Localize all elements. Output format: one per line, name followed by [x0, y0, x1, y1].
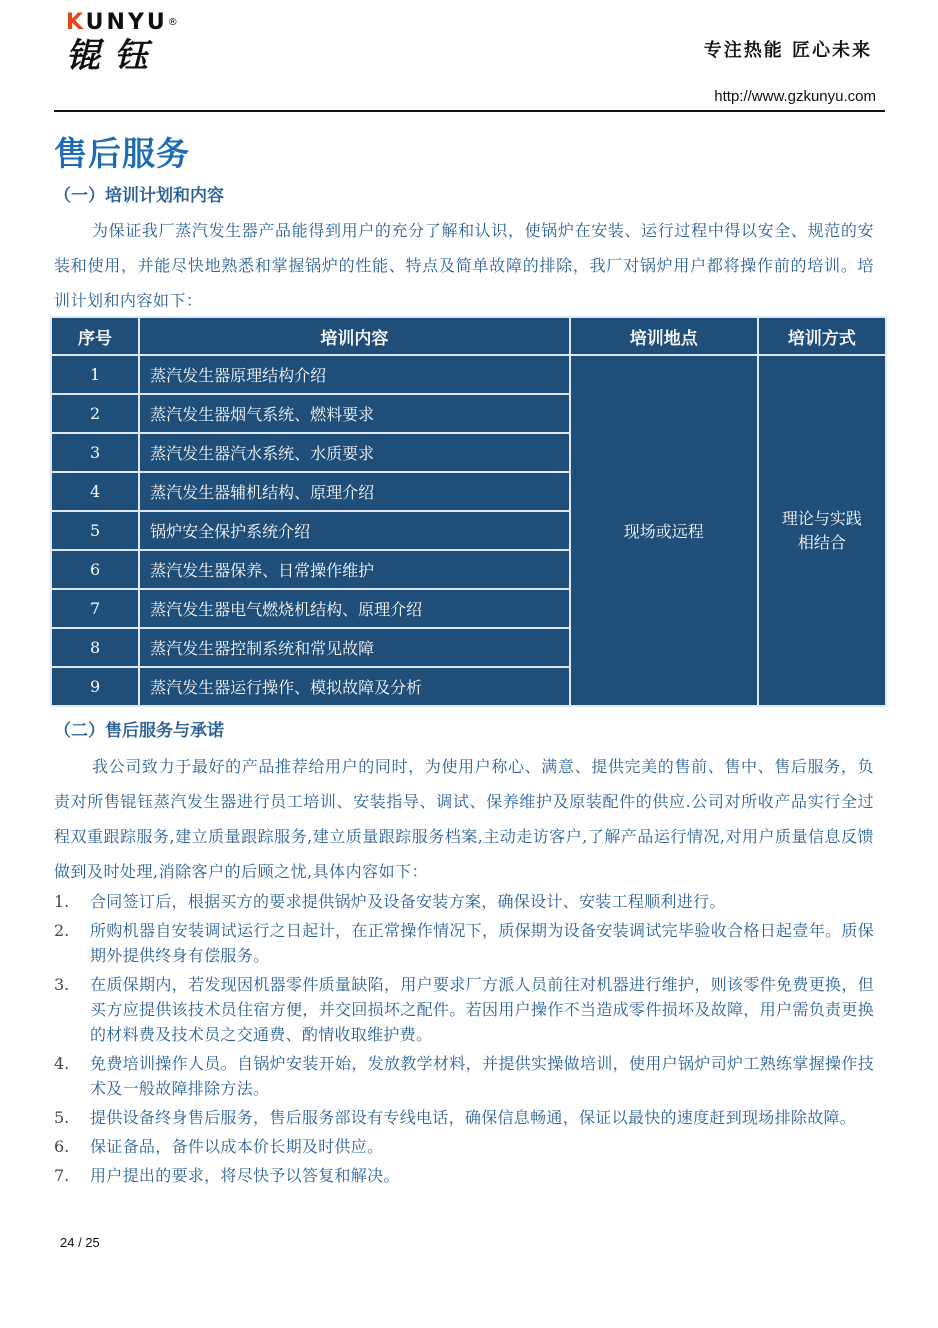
header-content: 培训内容 [139, 317, 570, 355]
table-row: 1 蒸汽发生器原理结构介绍 现场或远程 理论与实践相结合 [51, 355, 886, 394]
page-title: 售后服务 [54, 128, 190, 175]
training-location: 现场或远程 [570, 355, 758, 706]
item-text: 用户提出的要求，将尽快予以答复和解决。 [90, 1163, 874, 1188]
website-url[interactable]: http://www.gzkunyu.com [714, 88, 876, 105]
row-content: 蒸汽发生器汽水系统、水质要求 [139, 433, 570, 472]
item-text: 合同签订后，根据买方的要求提供锅炉及设备安装方案，确保设计、安装工程顺利进行。 [90, 889, 874, 914]
logo-text: UNYU [86, 10, 168, 35]
row-content: 蒸汽发生器控制系统和常见故障 [139, 628, 570, 667]
table-header-row: 序号 培训内容 培训地点 培训方式 [51, 317, 886, 355]
list-item: 4.免费培训操作人员。自锅炉安装开始，发放教学材料，并提供实操做培训，使用户锅炉… [54, 1051, 874, 1101]
header-number: 序号 [51, 317, 139, 355]
header-location: 培训地点 [570, 317, 758, 355]
method-line-2: 相结合 [798, 533, 846, 552]
page-indicator: 24 / 25 [60, 1235, 100, 1250]
list-item: 1.合同签订后，根据买方的要求提供锅炉及设备安装方案，确保设计、安装工程顺利进行… [54, 889, 874, 914]
row-number: 8 [51, 628, 139, 667]
row-number: 7 [51, 589, 139, 628]
registered-mark: ® [168, 17, 178, 28]
row-content: 蒸汽发生器电气燃烧机结构、原理介绍 [139, 589, 570, 628]
row-content: 蒸汽发生器保养、日常操作维护 [139, 550, 570, 589]
list-item: 3.在质保期内，若发现因机器零件质量缺陷，用户要求厂方派人员前往对机器进行维护，… [54, 972, 874, 1047]
training-method: 理论与实践相结合 [758, 355, 886, 706]
after-sales-intro-paragraph: 我公司致力于最好的产品推荐给用户的同时，为使用户称心、满意、提供完美的售前、售中… [54, 749, 874, 889]
company-slogan: 专注热能 匠心未来 [704, 36, 872, 62]
section-title-after-sales: （二）售后服务与承诺 [54, 716, 224, 741]
logo-k-glyph: K [66, 10, 86, 35]
method-line-1: 理论与实践 [782, 509, 862, 528]
item-text: 免费培训操作人员。自锅炉安装开始，发放教学材料，并提供实操做培训，使用户锅炉司炉… [90, 1051, 874, 1101]
list-item: 6.保证备品，备件以成本价长期及时供应。 [54, 1134, 874, 1159]
row-number: 4 [51, 472, 139, 511]
row-number: 9 [51, 667, 139, 706]
training-table: 序号 培训内容 培训地点 培训方式 1 蒸汽发生器原理结构介绍 现场或远程 理论… [50, 316, 887, 707]
item-number: 6. [54, 1134, 90, 1159]
item-number: 5. [54, 1105, 90, 1130]
logo-wordmark: KUNYU® [66, 12, 206, 34]
item-number: 3. [54, 972, 90, 1047]
row-number: 2 [51, 394, 139, 433]
item-number: 2. [54, 918, 90, 968]
row-number: 3 [51, 433, 139, 472]
row-number: 1 [51, 355, 139, 394]
row-number: 6 [51, 550, 139, 589]
row-content: 蒸汽发生器原理结构介绍 [139, 355, 570, 394]
commitment-list: 1.合同签订后，根据买方的要求提供锅炉及设备安装方案，确保设计、安装工程顺利进行… [54, 889, 874, 1192]
item-text: 保证备品，备件以成本价长期及时供应。 [90, 1134, 874, 1159]
item-number: 1. [54, 889, 90, 914]
company-logo: KUNYU® 锟钰 [66, 12, 206, 76]
header-method: 培训方式 [758, 317, 886, 355]
list-item: 2.所购机器自安装调试运行之日起计，在正常操作情况下，质保期为设备安装调试完毕验… [54, 918, 874, 968]
row-content: 锅炉安全保护系统介绍 [139, 511, 570, 550]
row-number: 5 [51, 511, 139, 550]
list-item: 5.提供设备终身售后服务，售后服务部设有专线电话，确保信息畅通，保证以最快的速度… [54, 1105, 874, 1130]
header-divider [54, 110, 885, 112]
section-title-training: （一）培训计划和内容 [54, 181, 224, 206]
training-intro-paragraph: 为保证我厂蒸汽发生器产品能得到用户的充分了解和认识，使锅炉在安装、运行过程中得以… [54, 213, 874, 318]
logo-chinese: 锟钰 [66, 36, 206, 76]
item-text: 所购机器自安装调试运行之日起计，在正常操作情况下，质保期为设备安装调试完毕验收合… [90, 918, 874, 968]
row-content: 蒸汽发生器烟气系统、燃料要求 [139, 394, 570, 433]
item-number: 7. [54, 1163, 90, 1188]
row-content: 蒸汽发生器运行操作、模拟故障及分析 [139, 667, 570, 706]
list-item: 7.用户提出的要求，将尽快予以答复和解决。 [54, 1163, 874, 1188]
item-number: 4. [54, 1051, 90, 1101]
item-text: 提供设备终身售后服务，售后服务部设有专线电话，确保信息畅通，保证以最快的速度赶到… [90, 1105, 874, 1130]
row-content: 蒸汽发生器辅机结构、原理介绍 [139, 472, 570, 511]
item-text: 在质保期内，若发现因机器零件质量缺陷，用户要求厂方派人员前往对机器进行维护，则该… [90, 972, 874, 1047]
